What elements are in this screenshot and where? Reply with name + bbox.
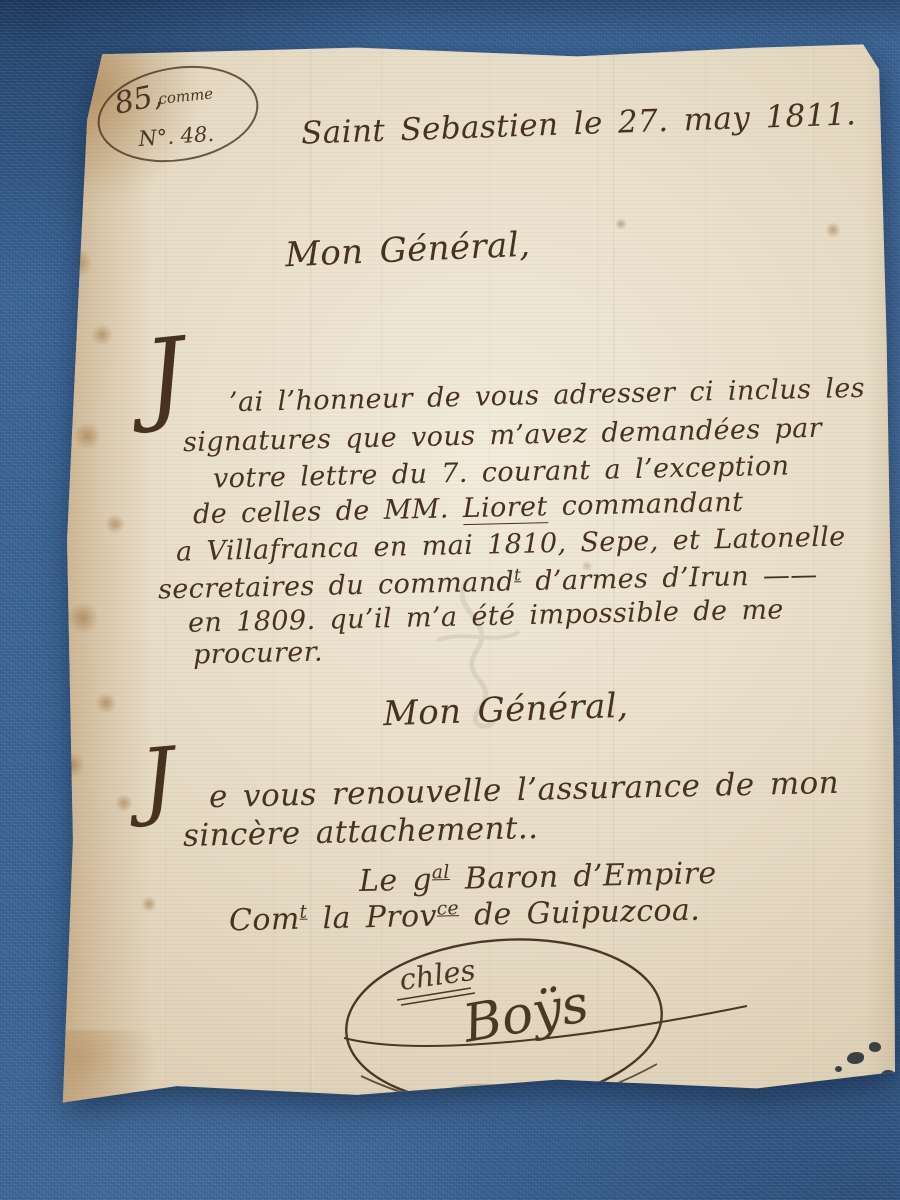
stamp-word: comme: [158, 84, 214, 108]
body-line: procurer.: [193, 637, 324, 671]
bleed-arc: [427, 1085, 517, 1098]
closing-text: Le g: [359, 862, 433, 899]
ink-blot: [847, 1052, 864, 1064]
foxing-spot: [615, 218, 627, 230]
salutation: Mon Général,: [284, 225, 531, 276]
bottom-left-stain: [47, 1030, 157, 1120]
closing-text: Baron d’Empire: [450, 856, 717, 897]
superscript-abbr: ce: [436, 898, 459, 919]
salutation-2: Mon Général,: [382, 686, 629, 735]
body-line-text: de celles de MM.: [193, 493, 463, 530]
foxing-spot: [63, 248, 93, 278]
foxing-spot: [825, 222, 841, 238]
foxing-spot: [95, 692, 117, 714]
ink-blot: [881, 1070, 895, 1082]
signature-paraph: chles: [397, 953, 477, 997]
ink-blot: [835, 1066, 842, 1072]
stamp-folio: N°. 48.: [137, 122, 215, 151]
body-line: ’ai l’honneur de vous adresser ci inclus…: [229, 373, 866, 418]
body-line-text: d’armes d’Irun ——: [521, 560, 818, 598]
closing-text: Com: [229, 902, 300, 939]
ink-blot: [875, 1096, 887, 1111]
dateline: Saint Sebastien le 27. may 1811.: [301, 96, 857, 151]
body-line: de celles de MM. Lioret commandant: [193, 487, 744, 530]
foxing-spot: [115, 794, 133, 812]
closing-initial: J: [138, 745, 177, 815]
closing-line: sincère attachement..: [183, 810, 539, 854]
body-initial: J: [141, 334, 189, 418]
ink-blot: [869, 1042, 881, 1052]
superscript-abbr: al: [432, 862, 450, 883]
letter-photo: 85, comme N°. 48. Saint Sebastien le 27.…: [57, 40, 895, 1132]
closing-line: e vous renouvelle l’assurance de mon: [209, 765, 840, 815]
signature-flourish: chles Boÿs: [319, 918, 779, 1158]
foxing-spot: [141, 896, 157, 912]
foxing-spot: [105, 514, 125, 534]
registry-stamp: 85, comme N°. 48.: [83, 56, 273, 176]
foxing-spot: [73, 422, 101, 450]
foxing-spot: [59, 752, 85, 778]
stamp-number: 85,: [111, 78, 165, 122]
underlined-name: Lioret: [462, 491, 548, 525]
manuscript-paper: 85, comme N°. 48. Saint Sebastien le 27.…: [57, 40, 895, 1132]
signature-name: Boÿs: [458, 974, 593, 1055]
foxing-spot: [67, 602, 99, 634]
body-line-text: commandant: [547, 487, 743, 522]
foxing-spot: [91, 324, 113, 346]
